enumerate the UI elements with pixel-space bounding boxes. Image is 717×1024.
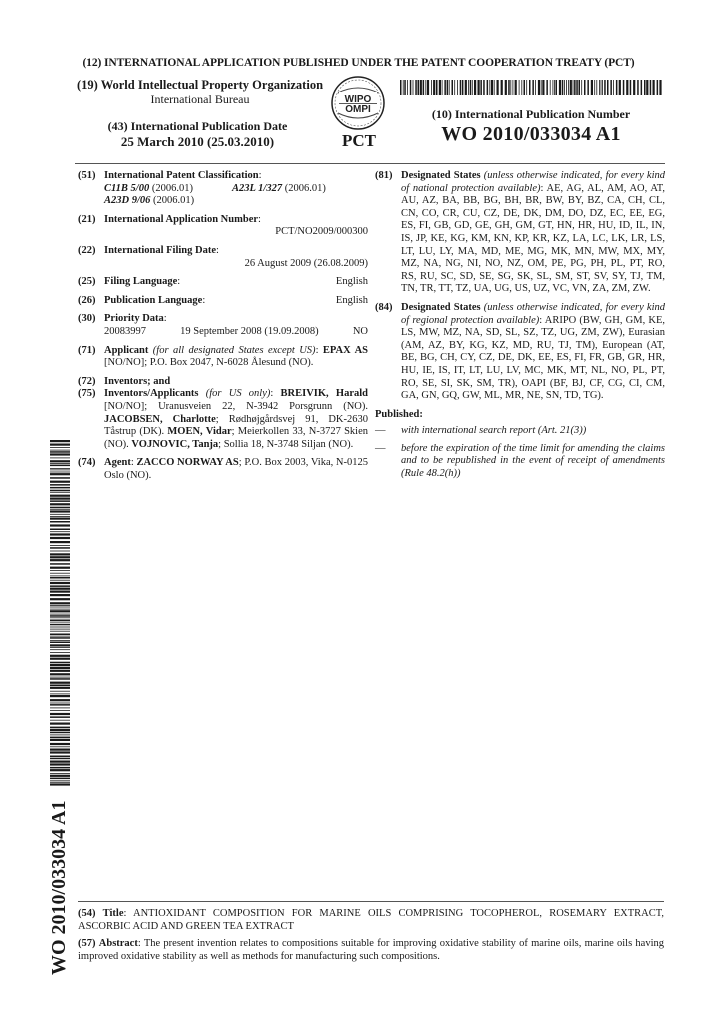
- abstract-paragraph: (57) Abstract: The present invention rel…: [78, 938, 664, 963]
- field-21-application-number: (21) International Application Number: P…: [78, 214, 368, 239]
- publication-number-block: (10) International Publication Number WO…: [400, 107, 662, 146]
- national-states-list: AE, AG, AL, AM, AO, AT, AU, AZ, BA, BB, …: [401, 183, 665, 295]
- barcode-icon: [400, 80, 662, 95]
- title-abstract-section: (54) Title: ANTIOXIDANT COMPOSITION FOR …: [78, 908, 664, 968]
- field-75-inventors-applicants: (75) Inventors/Applicants (for US only):…: [78, 388, 368, 451]
- vertical-barcode-icon: [50, 440, 70, 787]
- application-number-value: PCT/NO2009/000300: [104, 226, 368, 239]
- published-section: Published: — with international search r…: [375, 409, 665, 481]
- inventor-name: BREIVIK, Harald: [281, 388, 368, 399]
- header-divider: [75, 163, 665, 164]
- regional-states-list: ARIPO (BW, GH, GM, KE, LS, MW, MZ, NA, S…: [401, 315, 665, 402]
- publication-number-label: (10) International Publication Number: [400, 107, 662, 122]
- published-label: Published: [375, 409, 419, 420]
- publication-date-value: 25 March 2010 (25.03.2010): [80, 134, 315, 149]
- published-item: — with international search report (Art.…: [375, 425, 665, 438]
- abstract-text: The present invention relates to composi…: [78, 938, 664, 962]
- organization-block: (19) World Intellectual Property Organiz…: [76, 78, 324, 106]
- field-25-filing-language: (25) Filing Language: English: [78, 276, 368, 289]
- field-72-inventors: (72) Inventors; and: [78, 376, 368, 389]
- priority-number: 20083997: [104, 326, 146, 339]
- inventor-name: JACOBSEN, Charlotte: [104, 414, 216, 425]
- field-84-designated-states-regional: (84) Designated States (unless otherwise…: [375, 302, 665, 403]
- publication-number-value: WO 2010/033034 A1: [400, 122, 662, 146]
- field-51-classification: (51) International Patent Classification…: [78, 170, 368, 208]
- field-81-designated-states-national: (81) Designated States (unless otherwise…: [375, 170, 665, 296]
- svg-text:OMPI: OMPI: [345, 104, 371, 115]
- published-item: — before the expiration of the time limi…: [375, 443, 665, 481]
- field-71-applicant: (71) Applicant (for all designated State…: [78, 345, 368, 370]
- agent-name: ZACCO NORWAY AS: [136, 457, 238, 468]
- field-30-priority-data: (30) Priority Data: 20083997 19 Septembe…: [78, 313, 368, 338]
- bibliographic-right-column: (81) Designated States (unless otherwise…: [375, 170, 665, 486]
- inventor-name: MOEN, Vidar: [167, 426, 231, 437]
- org-subtitle: International Bureau: [76, 92, 324, 106]
- publication-language-value: English: [336, 295, 368, 308]
- pct-label: PCT: [334, 131, 384, 151]
- publication-date-label: (43) International Publication Date: [80, 119, 315, 134]
- org-name: World Intellectual Property Organization: [101, 78, 323, 92]
- priority-date: 19 September 2008 (19.09.2008): [180, 326, 319, 339]
- vertical-publication-number: WO 2010/033034 A1: [48, 799, 71, 975]
- title-paragraph: (54) Title: ANTIOXIDANT COMPOSITION FOR …: [78, 908, 664, 933]
- field-26-publication-language: (26) Publication Language: English: [78, 295, 368, 308]
- filing-language-value: English: [336, 276, 368, 289]
- footer-divider: [78, 901, 664, 902]
- bibliographic-left-column: (51) International Patent Classification…: [78, 170, 368, 488]
- document-type-heading: (12) INTERNATIONAL APPLICATION PUBLISHED…: [0, 57, 717, 69]
- wipo-logo-icon: WIPO OMPI: [330, 75, 386, 131]
- applicant-name: EPAX AS: [323, 345, 368, 356]
- publication-date-block: (43) International Publication Date 25 M…: [80, 119, 315, 149]
- filing-date-value: 26 August 2009 (26.08.2009): [104, 258, 368, 271]
- field-label: International Patent Classification: [104, 170, 259, 181]
- field-74-agent: (74) Agent: ZACCO NORWAY AS; P.O. Box 20…: [78, 457, 368, 482]
- priority-country: NO: [353, 326, 368, 339]
- invention-title: ANTIOXIDANT COMPOSITION FOR MARINE OILS …: [78, 908, 664, 932]
- field-22-filing-date: (22) International Filing Date: 26 Augus…: [78, 245, 368, 270]
- org-code: (19): [77, 78, 98, 92]
- inventor-name: VOJNOVIC, Tanja: [131, 439, 218, 450]
